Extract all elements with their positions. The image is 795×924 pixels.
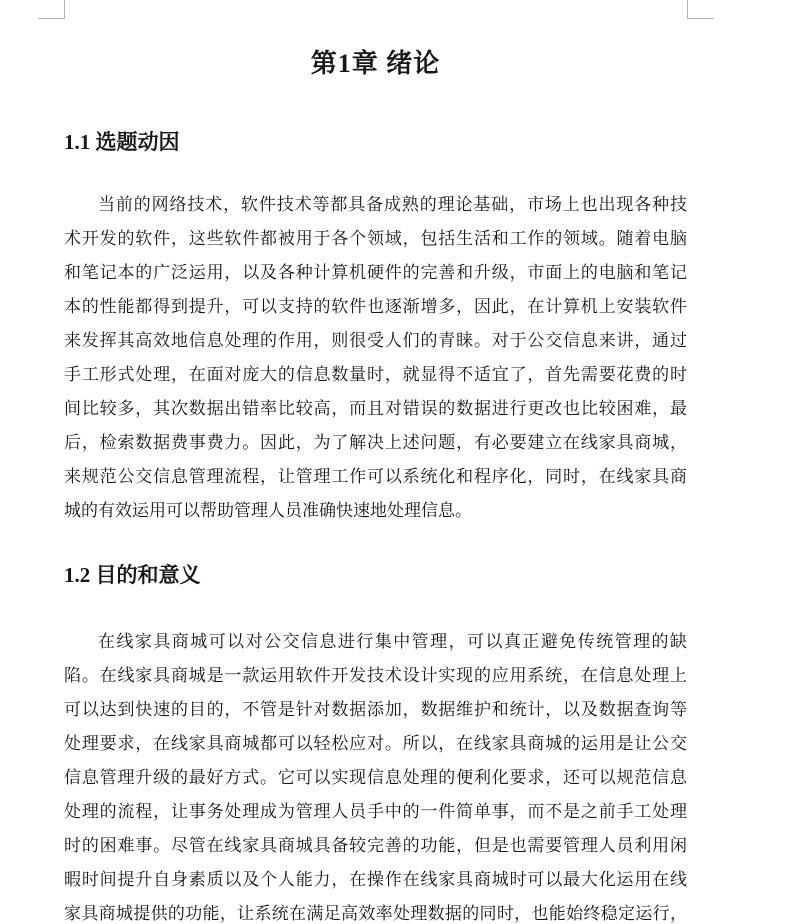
text-line: 城的有效运用可以帮助管理人员准确快速地处理信息。 — [64, 494, 687, 528]
text-line: 间比较多，其次数据出错率比较高，而且对错误的数据进行更改也比较困难，最 — [64, 392, 687, 426]
text-line: 处理的流程，让事务处理成为管理人员手中的一件简单事，而不是之前手工处理 — [64, 795, 687, 829]
text-line: 来发挥其高效地信息处理的作用，则很受人们的青睐。对于公交信息来讲，通过 — [64, 324, 687, 358]
chapter-title: 第1章 绪论 — [64, 46, 687, 82]
text-line: 来规范公交信息管理流程，让管理工作可以系统化和程序化，同时，在线家具商 — [64, 460, 687, 494]
text-line: 在线家具商城可以对公交信息进行集中管理，可以真正避免传统管理的缺 — [64, 625, 687, 659]
margin-crop-mark-top-right — [687, 0, 714, 19]
paragraph-1: 当前的网络技术，软件技术等都具备成熟的理论基础，市场上也出现各种技 术开发的软件… — [64, 188, 687, 528]
text-line: 处理要求，在线家具商城都可以轻松应对。所以，在线家具商城的运用是让公交 — [64, 727, 687, 761]
page-content: 第1章 绪论 1.1 选题动因 当前的网络技术，软件技术等都具备成熟的理论基础，… — [64, 0, 687, 924]
text-line: 和笔记本的广泛运用，以及各种计算机硬件的完善和升级，市面上的电脑和笔记 — [64, 256, 687, 290]
text-line: 暇时间提升自身素质以及个人能力，在操作在线家具商城时可以最大化运用在线 — [64, 863, 687, 897]
paragraph-2: 在线家具商城可以对公交信息进行集中管理，可以真正避免传统管理的缺 陷。在线家具商… — [64, 625, 687, 924]
section-heading-1-1: 1.1 选题动因 — [64, 127, 687, 157]
section-heading-1-2: 1.2 目的和意义 — [64, 560, 687, 590]
text-line: 后，检索数据费事费力。因此，为了解决上述问题，有必要建立在线家具商城， — [64, 426, 687, 460]
text-line: 家具商城提供的功能，让系统在满足高效率处理数据的同时，也能始终稳定运行， — [64, 897, 687, 924]
text-line: 时的困难事。尽管在线家具商城具备较完善的功能，但是也需要管理人员利用闲 — [64, 829, 687, 863]
text-line: 当前的网络技术，软件技术等都具备成熟的理论基础，市场上也出现各种技 — [64, 188, 687, 222]
text-line: 陷。在线家具商城是一款运用软件开发技术设计实现的应用系统，在信息处理上 — [64, 659, 687, 693]
text-line: 术开发的软件，这些软件都被用于各个领域，包括生活和工作的领域。随着电脑 — [64, 222, 687, 256]
text-line: 信息管理升级的最好方式。它可以实现信息处理的便利化要求，还可以规范信息 — [64, 761, 687, 795]
document-page: 第1章 绪论 1.1 选题动因 当前的网络技术，软件技术等都具备成熟的理论基础，… — [0, 0, 795, 924]
text-line: 本的性能都得到提升，可以支持的软件也逐渐增多，因此，在计算机上安装软件 — [64, 290, 687, 324]
text-line: 手工形式处理，在面对庞大的信息数量时，就显得不适宜了，首先需要花费的时 — [64, 358, 687, 392]
margin-crop-mark-top-left — [38, 0, 65, 19]
text-line: 可以达到快速的目的，不管是针对数据添加，数据维护和统计，以及数据查询等 — [64, 693, 687, 727]
